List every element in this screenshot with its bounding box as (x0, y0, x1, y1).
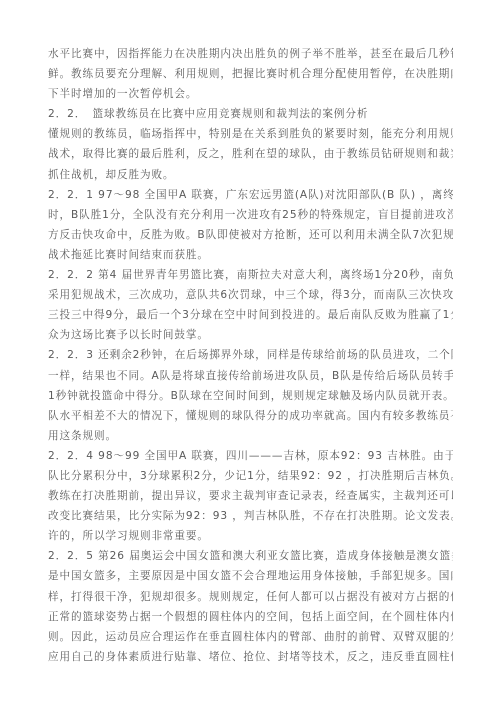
text-line: 众为这场比赛予以长时间鼓掌。 (48, 325, 453, 345)
text-line: 一样，结果也不同。A队是将球直接传给前场进攻队员，B队是传给后场队员转手，A队只… (48, 366, 453, 386)
text-line: 战术，取得比赛的最后胜利，反之，胜利在望的球队，由于教练员钻研规则和裁判法不够，… (48, 144, 453, 164)
text-line: 2．2．1 97～98 全国甲A 联赛，广东宏远男篮(A队)对沈阳部队(B 队)… (48, 185, 453, 205)
text-line: 时，B队胜1分，全队没有充分利用一次进攻有25秒的特殊规定，盲目提前进攻没成功，… (48, 205, 453, 225)
text-line: 样，打得很干净，犯规却很多。规则规定，任何人都可以占据没有被对方占据的位置。队员… (48, 587, 453, 607)
text-line: 2．2．2 第4 届世界青年男篮比赛，南斯拉夫对意大利，离终场1分20秒，南负5… (48, 265, 453, 285)
text-line: 队水平相差不大的情况下，懂规则的球队得分的成功率就高。国内有较多教练员不能很好利 (48, 406, 453, 426)
text-line: 抓住战机，却反胜为败。 (48, 165, 453, 185)
text-line: 2．2． 篮球教练员在比赛中应用竞赛规则和裁判法的案例分析 (48, 104, 453, 124)
text-line: 队比分累积分中，3分球累积2分，少记1分，结果92：92 ，打决胜期后吉林负。如… (48, 466, 453, 486)
text-line: 2．2．3 还剩余2秒钟，在后场掷界外球，同样是传球给前场的队员进攻，二个队战术… (48, 345, 453, 365)
text-line: 教练在打决胜期前，提出异议，要求主裁判审查记录表，经查属实，主裁判还可以纠正比分… (48, 486, 453, 506)
text-line: 懂规则的教练员，临场指挥中，特别是在关系到胜负的紧要时刻，能充分利用规则精神运用… (48, 124, 453, 144)
text-line: 三投三中得9分，最后一个3分球在空中时间到投进的。最后南队反败为胜赢了1分，在场… (48, 305, 453, 325)
text-line: 2．2．5 第26 届奥运会中国女篮和澳大利亚女篮比赛，造成身体接触是澳女篮多，… (48, 546, 453, 566)
text-line: 水平比赛中，因指挥能力在决胜期内决出胜负的例子举不胜举，甚至在最后几秒钟也屡见不 (48, 44, 453, 64)
text-line: 鲜。教练员要充分理解、利用规则，把握比赛时机合理分配使用暂停，在决胜期内应充分利… (48, 64, 453, 84)
text-line: 用这条规则。 (48, 426, 453, 446)
text-line: 改变比赛结果，比分实际为92：93 ，判吉林队胜，不存在打决胜期。论文发表。这是… (48, 506, 453, 526)
text-line: 则。因此，运动员应合理运作在垂直圆柱体内的臂部、曲肘的前臂、双臂双腿的外侧，合理… (48, 627, 453, 647)
text-line: 是中国女篮多，主要原因是中国女篮不会合理地运用身体接触，手部犯规多。国内比赛也一 (48, 566, 453, 586)
text-line: 采用犯规战术，三次成功，意队共6次罚球，中三个球，得3分，而南队三次快攻进行3分… (48, 285, 453, 305)
document-page: 水平比赛中，因指挥能力在决胜期内决出胜负的例子举不胜举，甚至在最后几秒钟也屡见不… (48, 44, 453, 667)
text-line: 正常的篮球姿势占据一个假想的圆柱体内的空间，包括上面空间，在个圆柱体内保持垂直原 (48, 607, 453, 627)
text-line: 许的，所以学习规则非常重要。 (48, 526, 453, 546)
text-line: 战术拖延比赛时间结束而获胜。 (48, 245, 453, 265)
text-line: 2．2．4 98～99 全国甲A 联赛，四川———吉林，原本92：93 吉林胜。… (48, 446, 453, 466)
text-line: 1秒钟就投篮命中得分。B队球在空间时间到，规则规定球触及场内队员就开表。显然，在… (48, 386, 453, 406)
text-line: 应用自己的身体素质进行贴靠、堵位、抢位、封堵等技术，反之，违反垂直圆柱体原则，斜… (48, 647, 453, 667)
text-line: 下半时增加的一次暂停机会。 (48, 84, 453, 104)
text-line: 方反击快攻命中，反胜为败。B队即使被对方抢断，还可以利用未满全队7次犯规，采用犯… (48, 225, 453, 245)
